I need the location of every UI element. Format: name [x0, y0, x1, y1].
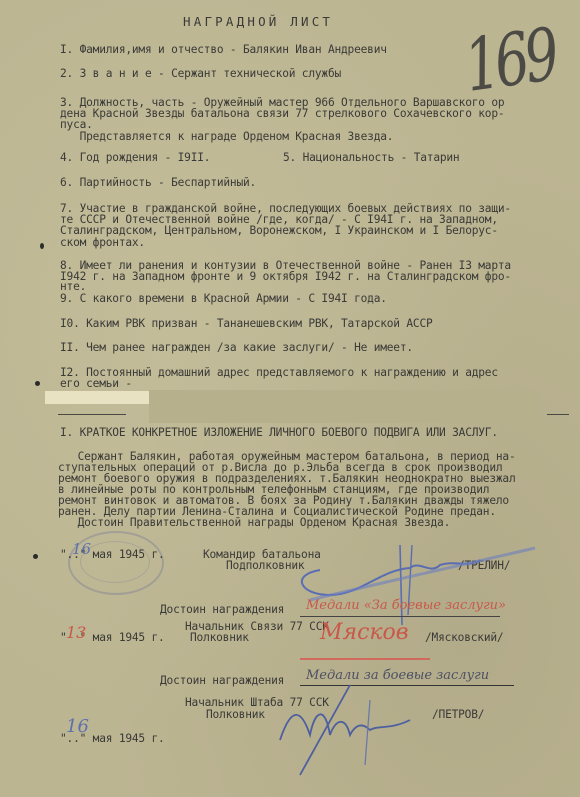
field-party: 6. Партийность - Беспартийный.	[60, 177, 256, 189]
sig2-worthy-label: Достоин награждения	[160, 604, 284, 616]
sig3-worthy-handwritten: Медали за боевые заслуги	[306, 668, 489, 683]
field-rank: 2. З в а н и е - Сержант технической слу…	[60, 68, 341, 80]
sig3-date-handwritten: 16	[66, 716, 89, 737]
narrative-line: Достоин Правительственной награды Ордено…	[58, 517, 450, 529]
field-participation-line3: Сталинградском, Центральном, Воронежском…	[60, 225, 498, 237]
field-address-line2: его семьи -	[60, 378, 132, 390]
sig2-name: /Мясковский/	[425, 632, 503, 644]
field-draft-office: I0. Каким РВК призван - Тананешевским РВ…	[60, 318, 433, 330]
sig2-rank: Полковник	[190, 632, 249, 644]
redacted-address-area	[149, 390, 539, 423]
redacted-address-patch	[45, 391, 149, 404]
field-position-line2: дена Красной Звезды батальона связи 77 с…	[60, 108, 504, 120]
handwritten-file-number: 169	[460, 12, 560, 108]
sig1-rank: Подполковник	[226, 560, 304, 572]
red-underline-stroke	[300, 658, 430, 660]
divider-right	[547, 414, 569, 415]
sig3-rank: Полковник	[206, 709, 265, 721]
document-title: НАГРАДНОЙ ЛИСТ	[183, 14, 333, 29]
sig3-position: Начальник Штаба 77 ССК	[185, 697, 329, 709]
sig3-worthy-label: Достоин награждения	[160, 675, 284, 687]
sig1-name: /ТРЕЛИН/	[458, 560, 510, 572]
field-recommended-award: Представляется к награде Орденом Красная…	[60, 131, 393, 143]
divider-left	[58, 414, 126, 415]
field-wounds-line2: I942 г. на Западном фронте и 9 октября I…	[60, 271, 511, 283]
punch-hole-mark	[33, 554, 38, 559]
field-army-since: 9. С какого времени в Красной Армии - С …	[60, 293, 387, 305]
sig2-worthy-underline	[300, 616, 500, 617]
sig3-name: /ПЕТРОВ/	[432, 709, 484, 721]
sig2-worthy-handwritten: Медали «За боевые заслуги»	[306, 598, 506, 613]
sig2-date-handwritten: 13	[66, 623, 86, 642]
field-wounds-line3: нте.	[60, 281, 86, 293]
field-nationality: 5. Национальность - Татарин	[283, 152, 459, 164]
field-name: I. Фамилия,имя и отчество - Балякин Иван…	[60, 44, 387, 56]
field-previous-awards: II. Чем ранее награжден /за какие заслуг…	[60, 342, 413, 354]
section-heading: I. КРАТКОЕ КОНКРЕТНОЕ ИЗЛОЖЕНИЕ ЛИЧНОГО …	[60, 427, 498, 439]
sig1-date-handwritten: 16	[72, 540, 91, 558]
award-sheet-page: НАГРАДНОЙ ЛИСТ 169 I. Фамилия,имя и отче…	[0, 0, 580, 797]
field-participation-line4: ском фронтах.	[60, 237, 145, 249]
ink-blot-mark	[40, 243, 44, 249]
field-position-line3: пуса.	[60, 119, 93, 131]
field-birth-year: 4. Год рождения - I9II.	[60, 152, 210, 164]
signature-signals-chief: Мясков	[320, 620, 409, 645]
punch-hole-mark	[35, 381, 40, 386]
sig3-worthy-underline	[300, 685, 514, 686]
